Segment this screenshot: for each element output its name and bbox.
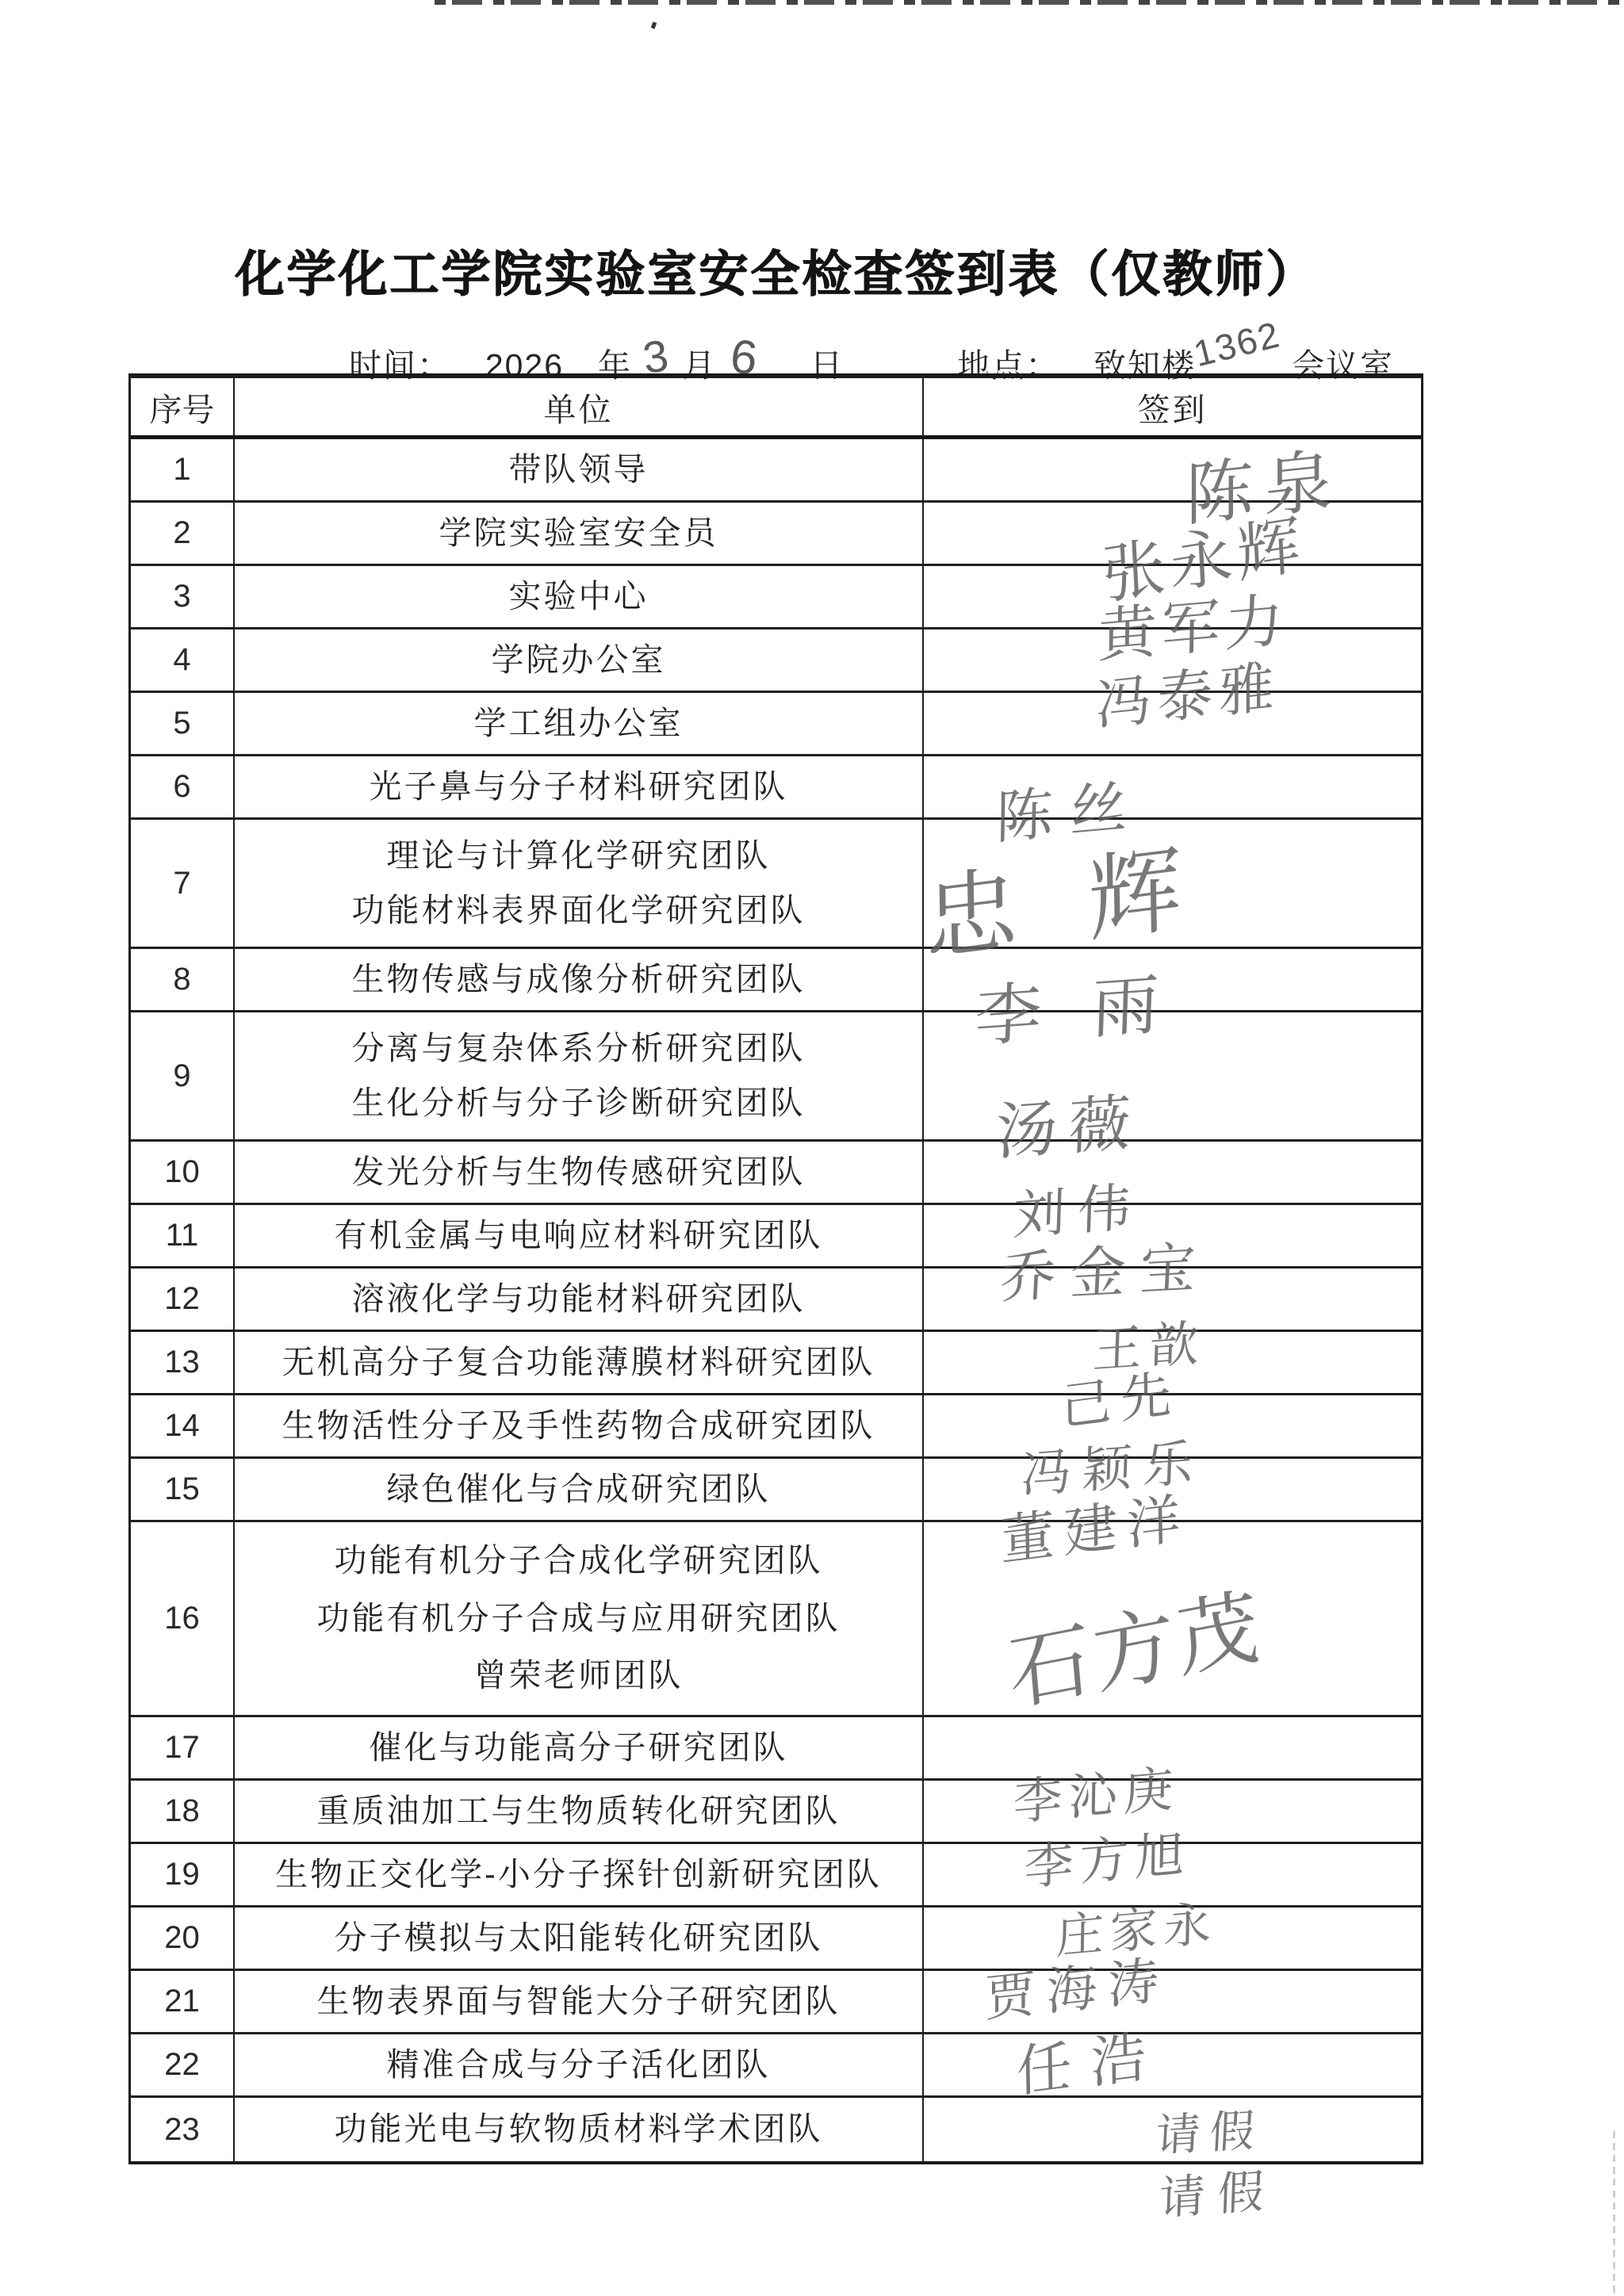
unit-name: 溶液化学与功能材料研究团队 [352, 1280, 806, 1318]
signin-cell [924, 1459, 1421, 1520]
signin-cell [924, 949, 1421, 1010]
unit-name: 分离与复杂体系分析研究团队 [352, 1030, 806, 1067]
unit-name: 学工组办公室 [474, 705, 684, 742]
unit-cell: 有机金属与电响应材料研究团队 [235, 1205, 924, 1266]
row-index: 2 [131, 503, 235, 564]
unit-cell: 无机高分子复合功能薄膜材料研究团队 [235, 1332, 924, 1393]
row-index: 11 [131, 1205, 235, 1266]
table-row: 6光子鼻与分子材料研究团队 [131, 756, 1421, 820]
unit-cell: 功能光电与软物质材料学术团队 [235, 2098, 924, 2161]
header-index: 序号 [131, 378, 235, 435]
table-row: 22精准合成与分子活化团队 [131, 2034, 1421, 2098]
signin-cell [924, 1012, 1421, 1139]
row-index: 5 [131, 693, 235, 754]
table-row: 1带队领导 [131, 439, 1421, 503]
unit-name: 光子鼻与分子材料研究团队 [370, 768, 788, 806]
signin-cell [924, 693, 1421, 754]
scanned-signin-sheet: 化学化工学院实验室安全检查签到表（仅教师） 时间： 2026 年 3 月 6 日… [0, 0, 1624, 2296]
unit-name: 带队领导 [509, 451, 649, 488]
signin-cell [924, 1781, 1421, 1842]
unit-name: 功能有机分子合成化学研究团队 [335, 1542, 823, 1579]
unit-cell: 生物活性分子及手性药物合成研究团队 [235, 1395, 924, 1456]
row-index: 22 [131, 2034, 235, 2095]
unit-cell: 精准合成与分子活化团队 [235, 2034, 924, 2095]
unit-name: 功能光电与软物质材料学术团队 [335, 2110, 823, 2148]
unit-cell: 发光分析与生物传感研究团队 [235, 1142, 924, 1203]
unit-name: 曾荣老师团队 [474, 1657, 684, 1694]
unit-name: 发光分析与生物传感研究团队 [352, 1154, 806, 1191]
unit-cell: 生物表界面与智能大分子研究团队 [235, 1971, 924, 2032]
row-index: 20 [131, 1908, 235, 1969]
scan-noise-right-edge [1613, 2131, 1615, 2296]
page-title: 化学化工学院实验室安全检查签到表（仅教师） [0, 235, 1553, 305]
unit-cell: 理论与计算化学研究团队功能材料表界面化学研究团队 [235, 820, 924, 947]
signin-cell [924, 566, 1421, 627]
unit-name: 有机金属与电响应材料研究团队 [335, 1217, 823, 1254]
table-row: 14生物活性分子及手性药物合成研究团队 [131, 1395, 1421, 1459]
row-index: 6 [131, 756, 235, 817]
row-index: 17 [131, 1717, 235, 1778]
unit-cell: 带队领导 [235, 439, 924, 500]
row-index: 10 [131, 1142, 235, 1203]
table-row: 20分子模拟与太阳能转化研究团队 [131, 1908, 1421, 1971]
row-index: 7 [131, 820, 235, 947]
signin-cell [924, 1844, 1421, 1905]
scan-speck [651, 21, 657, 29]
unit-name: 功能有机分子合成与应用研究团队 [317, 1600, 841, 1637]
header-signin: 签到 [924, 378, 1421, 435]
signin-cell [924, 1205, 1421, 1266]
signin-cell [924, 1332, 1421, 1393]
signin-cell [924, 2098, 1421, 2161]
unit-cell: 实验中心 [235, 566, 924, 627]
row-index: 3 [131, 566, 235, 627]
signin-cell [924, 1522, 1421, 1715]
signin-cell [924, 756, 1421, 817]
signin-cell [924, 1971, 1421, 2032]
table-row: 23功能光电与软物质材料学术团队 [131, 2098, 1421, 2161]
table-row: 18重质油加工与生物质转化研究团队 [131, 1781, 1421, 1844]
unit-name: 生物传感与成像分析研究团队 [352, 961, 806, 998]
signin-cell [924, 1908, 1421, 1969]
signin-cell [924, 439, 1421, 500]
signin-cell [924, 503, 1421, 564]
unit-cell: 学院办公室 [235, 629, 924, 691]
signin-cell [924, 1717, 1421, 1778]
unit-cell: 学院实验室安全员 [235, 503, 924, 564]
unit-cell: 催化与功能高分子研究团队 [235, 1717, 924, 1778]
unit-cell: 生物正交化学-小分子探针创新研究团队 [235, 1844, 924, 1905]
unit-name: 生物正交化学-小分子探针创新研究团队 [275, 1856, 882, 1893]
row-index: 18 [131, 1781, 235, 1842]
unit-name: 无机高分子复合功能薄膜材料研究团队 [282, 1344, 875, 1381]
signin-cell [924, 1395, 1421, 1456]
unit-cell: 绿色催化与合成研究团队 [235, 1459, 924, 1520]
unit-name: 绿色催化与合成研究团队 [387, 1471, 771, 1508]
table-row: 4学院办公室 [131, 629, 1421, 693]
row-index: 12 [131, 1269, 235, 1330]
unit-name: 生化分析与分子诊断研究团队 [352, 1085, 806, 1122]
table-row: 13无机高分子复合功能薄膜材料研究团队 [131, 1332, 1421, 1395]
table-row: 12溶液化学与功能材料研究团队 [131, 1269, 1421, 1332]
table-row: 10发光分析与生物传感研究团队 [131, 1142, 1421, 1205]
unit-name: 精准合成与分子活化团队 [387, 2046, 771, 2084]
room-number-handwritten: 1362 [1189, 312, 1285, 375]
table-header-row: 序号 单位 签到 [131, 378, 1421, 439]
unit-name: 催化与功能高分子研究团队 [370, 1729, 788, 1766]
signin-cell [924, 1142, 1421, 1203]
unit-name: 分子模拟与太阳能转化研究团队 [335, 1919, 823, 1957]
signin-cell [924, 629, 1421, 691]
signin-cell [924, 2034, 1421, 2095]
unit-cell: 光子鼻与分子材料研究团队 [235, 756, 924, 817]
signin-table: 序号 单位 签到 1带队领导2学院实验室安全员3实验中心4学院办公室5学工组办公… [128, 373, 1423, 2164]
table-row: 19生物正交化学-小分子探针创新研究团队 [131, 1844, 1421, 1908]
row-index: 8 [131, 949, 235, 1010]
header-unit: 单位 [235, 378, 924, 435]
unit-cell: 功能有机分子合成化学研究团队功能有机分子合成与应用研究团队曾荣老师团队 [235, 1522, 924, 1715]
table-row: 2学院实验室安全员 [131, 503, 1421, 566]
table-row: 8生物传感与成像分析研究团队 [131, 949, 1421, 1012]
row-index: 16 [131, 1522, 235, 1715]
unit-name: 重质油加工与生物质转化研究团队 [317, 1793, 841, 1830]
table-row: 3实验中心 [131, 566, 1421, 629]
unit-cell: 分子模拟与太阳能转化研究团队 [235, 1908, 924, 1969]
row-index: 19 [131, 1844, 235, 1905]
unit-cell: 生物传感与成像分析研究团队 [235, 949, 924, 1010]
unit-name: 实验中心 [509, 578, 649, 615]
unit-name: 生物活性分子及手性药物合成研究团队 [282, 1407, 875, 1445]
table-row: 17催化与功能高分子研究团队 [131, 1717, 1421, 1781]
signin-cell [924, 820, 1421, 947]
row-index: 13 [131, 1332, 235, 1393]
unit-name: 学院办公室 [492, 641, 666, 679]
unit-name: 功能材料表界面化学研究团队 [352, 892, 806, 929]
table-row: 21生物表界面与智能大分子研究团队 [131, 1971, 1421, 2034]
table-row: 9分离与复杂体系分析研究团队生化分析与分子诊断研究团队 [131, 1012, 1421, 1142]
row-index: 9 [131, 1012, 235, 1139]
unit-cell: 重质油加工与生物质转化研究团队 [235, 1781, 924, 1842]
table-row: 5学工组办公室 [131, 693, 1421, 756]
row-index: 23 [131, 2098, 235, 2161]
unit-name: 生物表界面与智能大分子研究团队 [317, 1983, 841, 2020]
table-row: 11有机金属与电响应材料研究团队 [131, 1205, 1421, 1269]
unit-name: 学院实验室安全员 [439, 515, 718, 552]
unit-cell: 分离与复杂体系分析研究团队生化分析与分子诊断研究团队 [235, 1012, 924, 1139]
unit-cell: 学工组办公室 [235, 693, 924, 754]
table-row: 16功能有机分子合成化学研究团队功能有机分子合成与应用研究团队曾荣老师团队 [131, 1522, 1421, 1717]
row-index: 14 [131, 1395, 235, 1456]
unit-cell: 溶液化学与功能材料研究团队 [235, 1269, 924, 1330]
row-index: 1 [131, 439, 235, 500]
unit-name: 理论与计算化学研究团队 [387, 837, 771, 874]
scan-noise-top-edge [435, 0, 1624, 5]
row-index: 15 [131, 1459, 235, 1520]
row-index: 21 [131, 1971, 235, 2032]
signin-cell [924, 1269, 1421, 1330]
row-index: 4 [131, 629, 235, 691]
table-row: 15绿色催化与合成研究团队 [131, 1459, 1421, 1522]
table-row: 7理论与计算化学研究团队功能材料表界面化学研究团队 [131, 820, 1421, 949]
